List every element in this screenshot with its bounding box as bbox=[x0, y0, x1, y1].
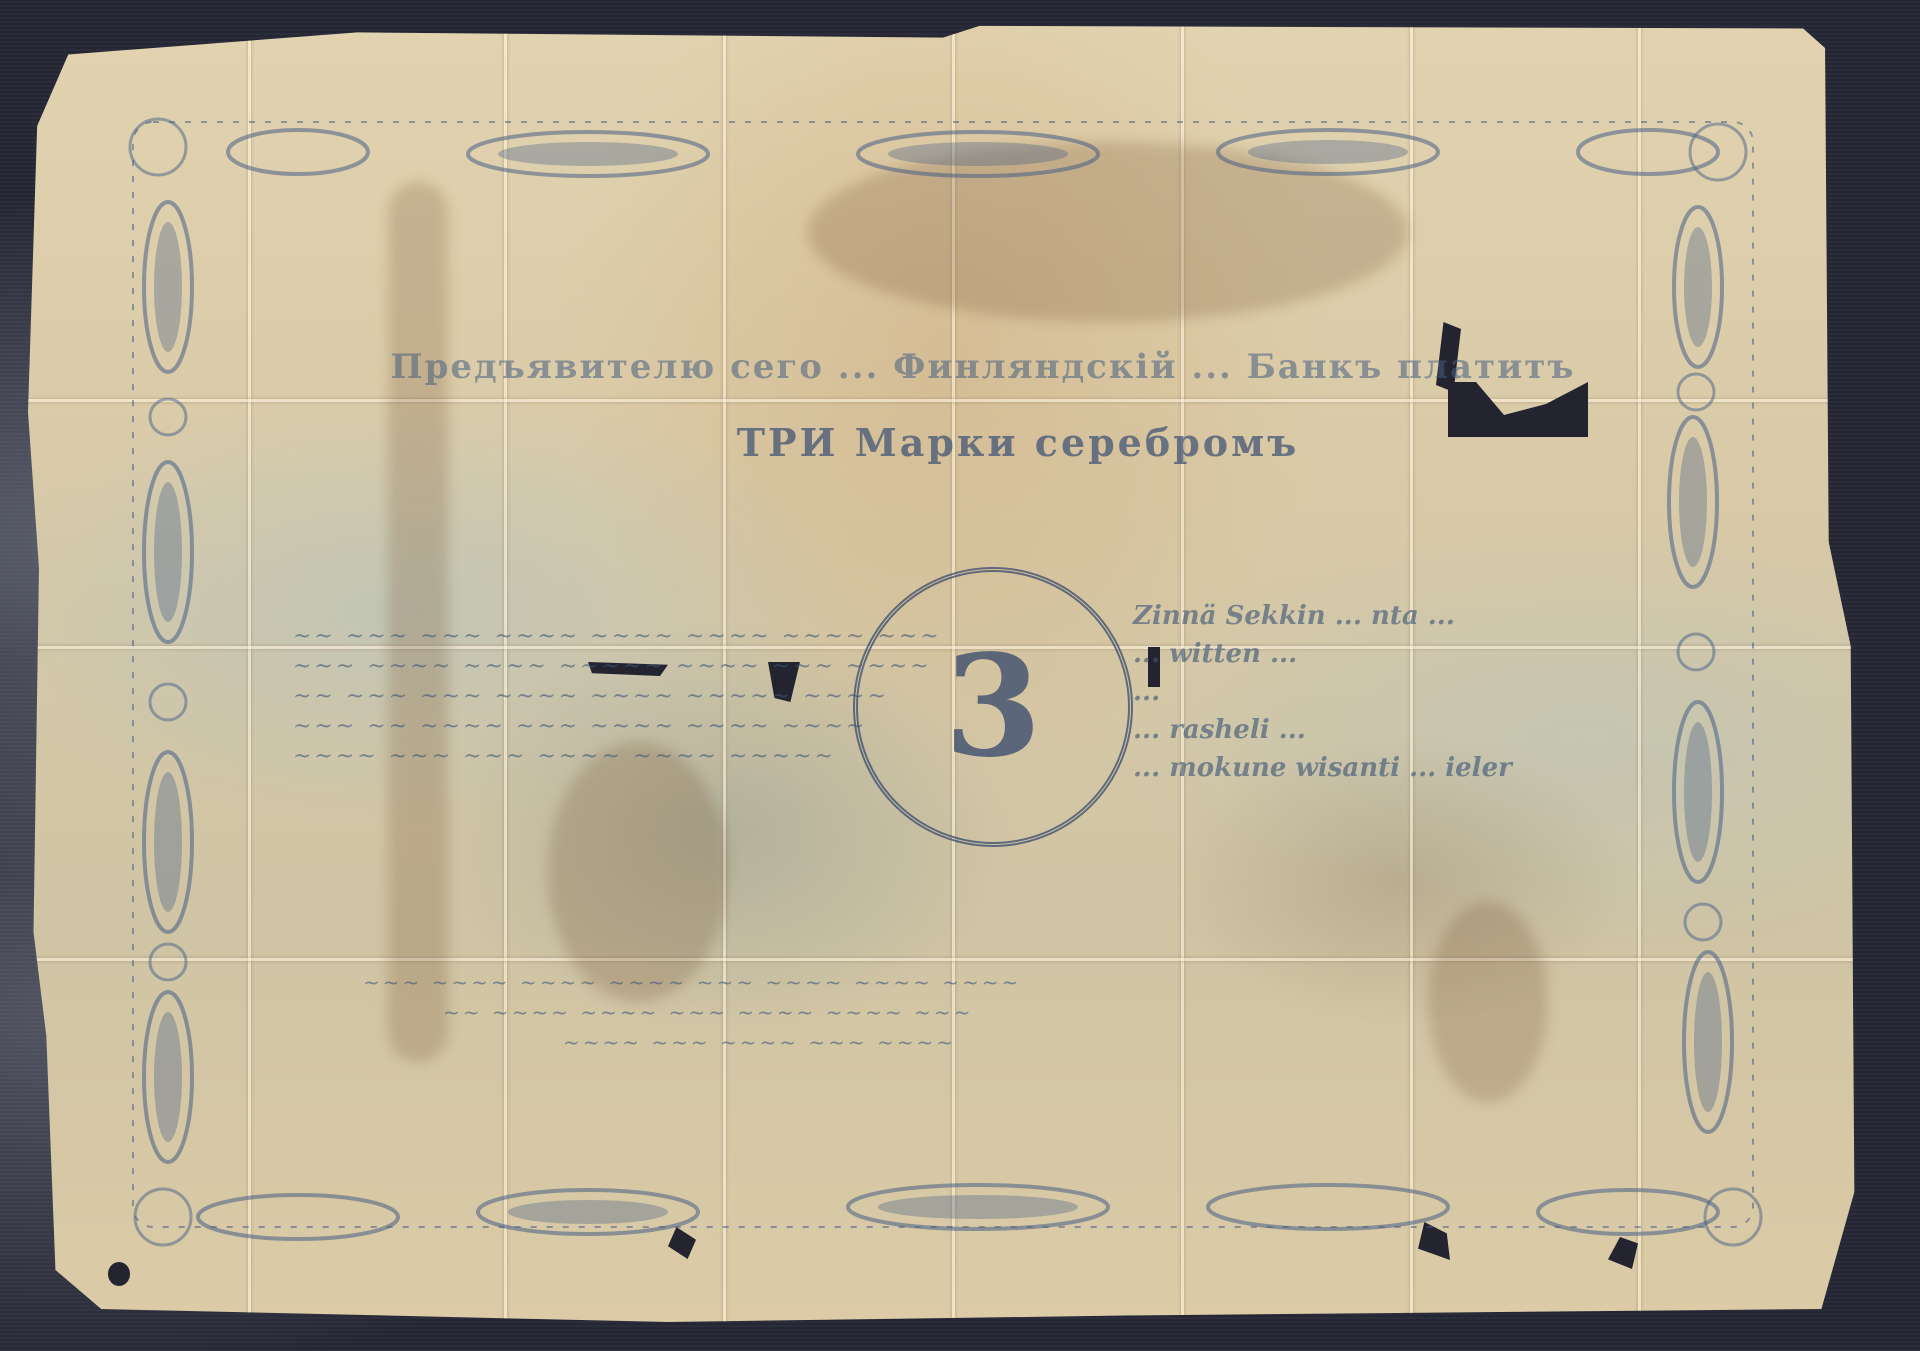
text-line: ~~~ ~~ ~~~~ ~~~ ~~~~ ~~~~ ~~~~ bbox=[293, 712, 942, 742]
text-line: ~~ ~~~ ~~~ ~~~~ ~~~~ ~~~~~ ~~~~ bbox=[293, 682, 942, 712]
text-line: ~~~~ ~~~ ~~~ ~~~~ ~~~~ ~~~~~ bbox=[293, 742, 942, 772]
text-line: ~~~~ ~~~ ~~~~ ~~~ ~~~~ bbox=[363, 1027, 1021, 1057]
text-line: ~~~ ~~~~ ~~~~ ~~~~~ ~~~~ ~~~ ~~~~ bbox=[293, 652, 942, 682]
bottom-text-block: ~~~ ~~~~ ~~~~ ~~~~ ~~~ ~~~~ ~~~~ ~~~~ ~~… bbox=[363, 967, 1021, 1057]
center-seal: 3 bbox=[853, 567, 1133, 847]
text-line: ~~ ~~~~ ~~~~ ~~~ ~~~~ ~~~~ ~~~ bbox=[363, 997, 1021, 1027]
text-line: ... rasheli ... bbox=[1133, 711, 1512, 749]
right-text-block: Zinnä Sekkin ... nta ... ... witten ... … bbox=[1133, 597, 1512, 787]
text-line: ~~~ ~~~~ ~~~~ ~~~~ ~~~ ~~~~ ~~~~ ~~~~ bbox=[363, 967, 1021, 997]
text-line: Zinnä Sekkin ... nta ... bbox=[1133, 597, 1512, 635]
heading-line: Предъявителю сего ... Финляндскiй ... Ба… bbox=[358, 347, 1608, 387]
seal-numeral: 3 bbox=[944, 637, 1041, 777]
text-line: ... mokune wisanti ... ieler bbox=[1133, 749, 1512, 787]
left-text-block: ~~ ~~~ ~~~ ~~~~ ~~~~ ~~~~ ~~~~ ~~~ ~~~ ~… bbox=[293, 622, 942, 772]
text-line: ~~ ~~~ ~~~ ~~~~ ~~~~ ~~~~ ~~~~ ~~~ bbox=[293, 622, 942, 652]
denomination-line: ТРИ Марки серебромъ bbox=[728, 420, 1308, 465]
text-line: ... witten ... bbox=[1133, 635, 1512, 673]
text-line: ... bbox=[1133, 673, 1512, 711]
banknote: Предъявителю сего ... Финляндскiй ... Ба… bbox=[28, 22, 1858, 1322]
